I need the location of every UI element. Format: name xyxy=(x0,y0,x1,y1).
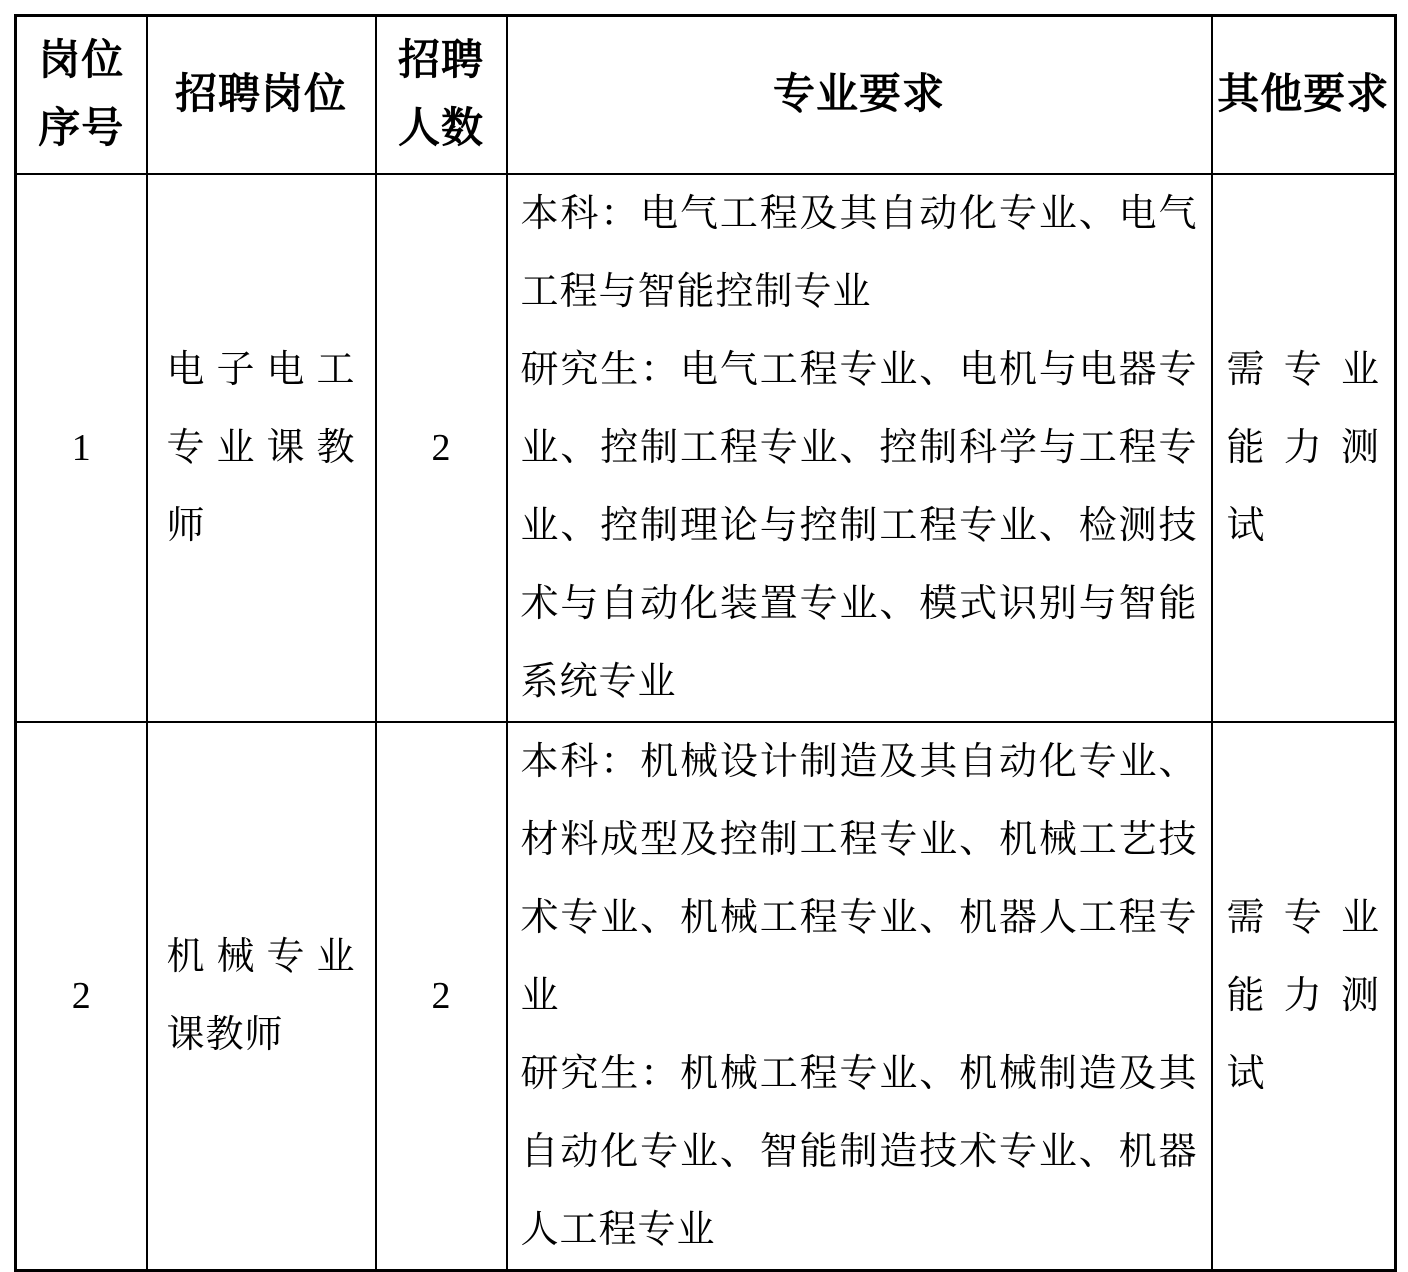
cell-other-requirements: 需专业能力测试 xyxy=(1212,722,1396,1271)
major-undergraduate-text: 本科：机械设计制造及其自动化专业、材料成型及控制工程专业、机械工艺技术专业、机械… xyxy=(521,723,1198,1035)
cell-major-requirements: 本科：机械设计制造及其自动化专业、材料成型及控制工程专业、机械工艺技术专业、机械… xyxy=(507,722,1212,1271)
table-row: 1 电子电工专业课教师 2 本科：电气工程及其自动化专业、电气工程与智能控制专业… xyxy=(16,174,1396,722)
major-undergraduate-text: 本科：电气工程及其自动化专业、电气工程与智能控制专业 xyxy=(521,175,1198,331)
header-position-number: 岗位序号 xyxy=(16,16,147,174)
recruitment-table: 岗位序号 招聘岗位 招聘人数 专业要求 其他要求 1 电子电工专业课教师 2 本… xyxy=(14,14,1397,1272)
header-row: 岗位序号 招聘岗位 招聘人数 专业要求 其他要求 xyxy=(16,16,1396,174)
header-headcount: 招聘人数 xyxy=(376,16,507,174)
document-page: 岗位序号 招聘岗位 招聘人数 专业要求 其他要求 1 电子电工专业课教师 2 本… xyxy=(0,0,1408,1112)
cell-headcount: 2 xyxy=(376,722,507,1271)
cell-position-number: 1 xyxy=(16,174,147,722)
major-graduate-text: 研究生：电气工程专业、电机与电器专业、控制工程专业、控制科学与工程专业、控制理论… xyxy=(521,331,1198,721)
header-major-requirements: 专业要求 xyxy=(507,16,1212,174)
header-position-title: 招聘岗位 xyxy=(147,16,376,174)
cell-other-requirements: 需专业能力测试 xyxy=(1212,174,1396,722)
header-other-requirements: 其他要求 xyxy=(1212,16,1396,174)
cell-position-number: 2 xyxy=(16,722,147,1271)
table-row: 2 机械专业课教师 2 本科：机械设计制造及其自动化专业、材料成型及控制工程专业… xyxy=(16,722,1396,1271)
cell-major-requirements: 本科：电气工程及其自动化专业、电气工程与智能控制专业 研究生：电气工程专业、电机… xyxy=(507,174,1212,722)
cell-position-title: 电子电工专业课教师 xyxy=(147,174,376,722)
major-graduate-text: 研究生：机械工程专业、机械制造及其自动化专业、智能制造技术专业、机器人工程专业 xyxy=(521,1035,1198,1269)
cell-position-title: 机械专业课教师 xyxy=(147,722,376,1271)
cell-headcount: 2 xyxy=(376,174,507,722)
